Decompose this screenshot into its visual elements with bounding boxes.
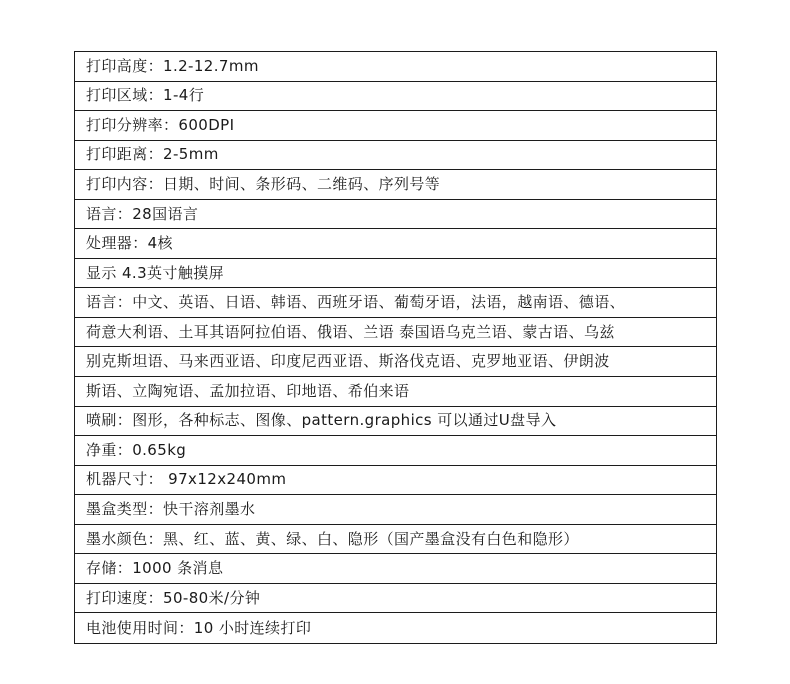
table-row: 电池使用时间：10 小时连续打印 bbox=[75, 613, 716, 643]
spec-row-text: 打印区域：1-4行 bbox=[75, 88, 208, 103]
spec-row-text: 语言：中文、英语、日语、韩语、西班牙语、葡萄牙语，法语，越南语、德语、 bbox=[75, 295, 629, 310]
table-row: 显示 4.3英寸触摸屏 bbox=[75, 259, 716, 289]
table-row: 打印内容：日期、时间、条形码、二维码、序列号等 bbox=[75, 170, 716, 200]
spec-row-text: 净重：0.65kg bbox=[75, 443, 190, 458]
table-row: 存储：1000 条消息 bbox=[75, 554, 716, 584]
spec-row-text: 打印速度：50-80米/分钟 bbox=[75, 591, 264, 606]
table-row: 打印速度：50-80米/分钟 bbox=[75, 584, 716, 614]
table-row: 净重：0.65kg bbox=[75, 436, 716, 466]
spec-table: 打印高度：1.2-12.7mm打印区域：1-4行打印分辨率：600DPI打印距离… bbox=[74, 51, 717, 644]
spec-row-text: 打印距离：2-5mm bbox=[75, 147, 223, 162]
table-row: 打印高度：1.2-12.7mm bbox=[75, 52, 716, 82]
spec-row-text: 机器尺寸： 97x12x240mm bbox=[75, 472, 290, 487]
table-row: 打印分辨率：600DPI bbox=[75, 111, 716, 141]
spec-row-text: 打印分辨率：600DPI bbox=[75, 118, 238, 133]
table-row: 墨盒类型：快干溶剂墨水 bbox=[75, 495, 716, 525]
spec-row-text: 荷意大利语、土耳其语阿拉伯语、俄语、兰语 泰国语乌克兰语、蒙古语、乌兹 bbox=[75, 325, 619, 340]
spec-row-text: 打印高度：1.2-12.7mm bbox=[75, 59, 263, 74]
table-row: 斯语、立陶宛语、孟加拉语、印地语、希伯来语 bbox=[75, 377, 716, 407]
table-row: 打印区域：1-4行 bbox=[75, 82, 716, 112]
spec-row-text: 处理器：4核 bbox=[75, 236, 177, 251]
spec-row-text: 电池使用时间：10 小时连续打印 bbox=[75, 621, 315, 636]
table-row: 打印距离：2-5mm bbox=[75, 141, 716, 171]
spec-row-text: 打印内容：日期、时间、条形码、二维码、序列号等 bbox=[75, 177, 444, 192]
table-row: 处理器：4核 bbox=[75, 229, 716, 259]
spec-row-text: 斯语、立陶宛语、孟加拉语、印地语、希伯来语 bbox=[75, 384, 413, 399]
table-row: 墨水颜色：黑、红、蓝、黄、绿、白、隐形（国产墨盒没有白色和隐形） bbox=[75, 525, 716, 555]
table-row: 机器尺寸： 97x12x240mm bbox=[75, 466, 716, 496]
table-row: 语言：28国语言 bbox=[75, 200, 716, 230]
spec-row-text: 墨水颜色：黑、红、蓝、黄、绿、白、隐形（国产墨盒没有白色和隐形） bbox=[75, 532, 583, 547]
spec-row-text: 存储：1000 条消息 bbox=[75, 561, 227, 576]
spec-row-text: 别克斯坦语、马来西亚语、印度尼西亚语、斯洛伐克语、克罗地亚语、伊朗波 bbox=[75, 354, 614, 369]
table-row: 荷意大利语、土耳其语阿拉伯语、俄语、兰语 泰国语乌克兰语、蒙古语、乌兹 bbox=[75, 318, 716, 348]
spec-row-text: 语言：28国语言 bbox=[75, 207, 202, 222]
spec-row-text: 喷刷：图形，各种标志、图像、pattern.graphics 可以通过U盘导入 bbox=[75, 413, 560, 428]
spec-row-text: 显示 4.3英寸触摸屏 bbox=[75, 266, 228, 281]
spec-row-text: 墨盒类型：快干溶剂墨水 bbox=[75, 502, 259, 517]
table-row: 喷刷：图形，各种标志、图像、pattern.graphics 可以通过U盘导入 bbox=[75, 407, 716, 437]
table-row: 别克斯坦语、马来西亚语、印度尼西亚语、斯洛伐克语、克罗地亚语、伊朗波 bbox=[75, 347, 716, 377]
table-row: 语言：中文、英语、日语、韩语、西班牙语、葡萄牙语，法语，越南语、德语、 bbox=[75, 288, 716, 318]
